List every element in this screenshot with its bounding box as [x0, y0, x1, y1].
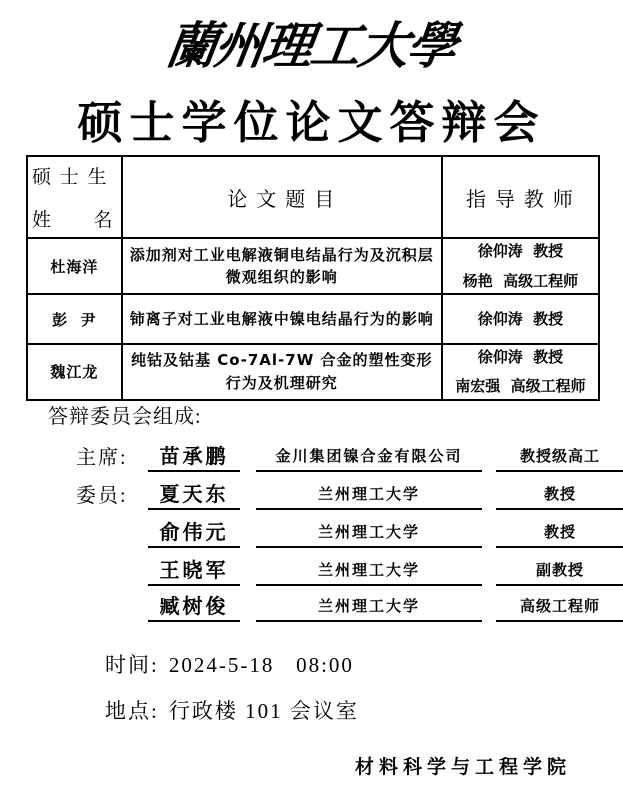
member-role-label: 主席:: [76, 441, 148, 472]
member-unit: 兰州理工大学: [256, 559, 482, 586]
thesis-title: 纯钴及钴基 Co-7Al-7W 合金的塑性变形行为及机理研究: [122, 344, 442, 400]
committee-section-label: 答辩委员会组成:: [48, 400, 202, 429]
committee-member-row: 俞伟元 兰州理工大学 教授: [76, 516, 623, 548]
col-header-student-line1: 硕 士 生: [32, 162, 117, 189]
table-row: 杜海洋 添加剂对工业电解液铜电结晶行为及沉积层微观组织的影响 徐仰涛 教授 杨艳…: [27, 238, 599, 294]
advisors: 徐仰涛 教授: [442, 294, 599, 344]
member-role-label: [76, 546, 148, 548]
member-unit: 兰州理工大学: [256, 595, 482, 622]
advisor-line: 杨艳 高级工程师: [447, 271, 594, 291]
member-role-label: [76, 620, 148, 622]
member-title: 教授: [496, 483, 623, 510]
member-name: 臧树俊: [148, 590, 240, 622]
member-unit: 金川集团镍合金有限公司: [256, 445, 482, 472]
advisor-line: 徐仰涛 教授: [447, 347, 594, 367]
member-role-label: [76, 584, 148, 586]
advisors: 徐仰涛 教授 杨艳 高级工程师: [442, 238, 599, 294]
table-header-row: 硕 士 生 姓 名 论 文 题 目 指 导 教 师: [27, 156, 599, 238]
defense-table: 硕 士 生 姓 名 论 文 题 目 指 导 教 师 杜海洋 添加剂对工业电解液铜…: [26, 155, 600, 401]
thesis-title: 铈离子对工业电解液中镍电结晶行为的影响: [122, 294, 442, 344]
col-header-student: 硕 士 生 姓 名: [27, 156, 122, 238]
committee-member-row: 臧树俊 兰州理工大学 高级工程师: [76, 590, 623, 622]
member-role-label: 委员:: [76, 479, 148, 510]
advisors: 徐仰涛 教授 南宏强 高级工程师: [442, 344, 599, 400]
student-name: 杜海洋: [27, 238, 122, 294]
location-value: 行政楼 101 会议室: [169, 699, 359, 723]
thesis-title: 添加剂对工业电解液铜电结晶行为及沉积层微观组织的影响: [122, 238, 442, 294]
page-title: 硕士学位论文答辩会: [0, 86, 623, 151]
member-name: 俞伟元: [148, 516, 240, 548]
member-title: 教授级高工: [496, 445, 623, 472]
member-title: 教授: [496, 521, 623, 548]
advisor-line: 徐仰涛 教授: [447, 309, 594, 329]
committee-member-row: 王晓军 兰州理工大学 副教授: [76, 554, 623, 586]
committee-member-row: 主席: 苗承鹏 金川集团镍合金有限公司 教授级高工: [76, 440, 623, 472]
member-title: 高级工程师: [496, 595, 623, 622]
member-name: 王晓军: [148, 554, 240, 586]
advisor-line: 徐仰涛 教授: [447, 241, 594, 261]
university-logo-calligraphy: 蘭州理工大學: [0, 6, 623, 78]
member-unit: 兰州理工大学: [256, 521, 482, 548]
footer-department: 材料科学与工程学院: [355, 752, 571, 779]
col-header-thesis: 论 文 题 目: [122, 156, 442, 238]
member-name: 夏天东: [148, 478, 240, 510]
member-name: 苗承鹏: [148, 440, 240, 472]
advisor-line: 南宏强 高级工程师: [447, 376, 594, 396]
col-header-student-line2: 姓 名: [32, 205, 117, 232]
committee-member-row: 委员: 夏天东 兰州理工大学 教授: [76, 478, 623, 510]
location-row: 地点:行政楼 101 会议室: [76, 670, 359, 750]
table-row: 魏江龙 纯钴及钴基 Co-7Al-7W 合金的塑性变形行为及机理研究 徐仰涛 教…: [27, 344, 599, 400]
defense-announcement-page: 蘭州理工大學 硕士学位论文答辩会 硕 士 生 姓 名 论 文 题 目 指 导 教…: [0, 0, 623, 810]
member-unit: 兰州理工大学: [256, 483, 482, 510]
student-name: 彭 尹: [27, 294, 122, 344]
location-label: 地点:: [105, 699, 159, 723]
member-title: 副教授: [496, 559, 623, 586]
table-row: 彭 尹 铈离子对工业电解液中镍电结晶行为的影响 徐仰涛 教授: [27, 294, 599, 344]
student-name: 魏江龙: [27, 344, 122, 400]
col-header-advisor: 指 导 教 师: [442, 156, 599, 238]
